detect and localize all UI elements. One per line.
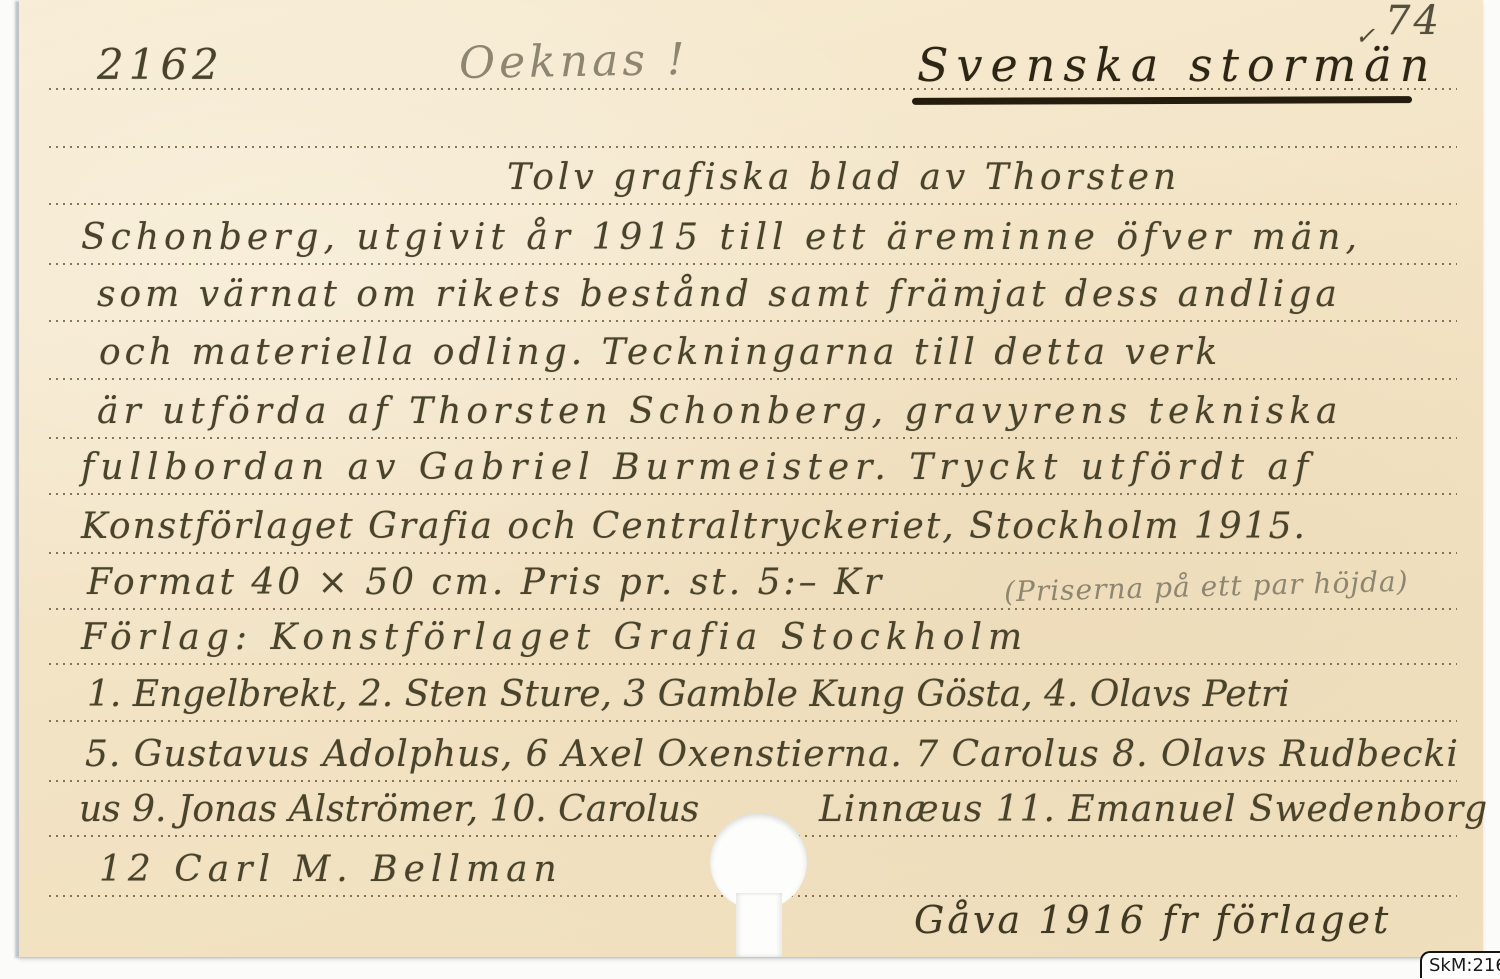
body-line: 1. Engelbrekt, 2. Sten Sture, 3 Gamble K… bbox=[87, 674, 1290, 715]
ruled-line bbox=[49, 320, 1457, 322]
body-line: Linnæus 11. Emanuel Swedenborg bbox=[819, 789, 1488, 830]
ruled-line bbox=[49, 437, 1457, 439]
body-line: Tolv grafiska blad av Thorsten bbox=[507, 157, 1180, 198]
page-number: 74 bbox=[1385, 0, 1442, 44]
ruled-line bbox=[49, 203, 1457, 205]
ruled-line bbox=[49, 263, 1457, 265]
body-line: som värnat om rikets bestånd samt främja… bbox=[97, 274, 1341, 315]
provenance-note: Gåva 1916 fr förlaget bbox=[914, 898, 1391, 942]
pencil-annotation: Oeknas ! bbox=[459, 34, 689, 89]
body-line: us 9. Jonas Alströmer, 10. Carolus bbox=[79, 789, 699, 830]
ruled-line bbox=[49, 552, 1457, 554]
museum-label: SkM:2162 bbox=[1420, 951, 1500, 978]
body-line: Schonberg, utgivit år 1915 till ett ärem… bbox=[81, 217, 1362, 258]
body-line: fullbordan av Gabriel Burmeister. Tryckt… bbox=[81, 447, 1314, 488]
body-line: och materiella odling. Teckningarna till… bbox=[99, 332, 1221, 373]
body-line: 12 Carl M. Bellman bbox=[99, 849, 563, 890]
ruled-line bbox=[49, 378, 1457, 380]
body-line: Konstförlaget Grafia och Centraltryckeri… bbox=[81, 506, 1307, 547]
title-underline bbox=[912, 96, 1412, 105]
ruled-line bbox=[49, 608, 1457, 610]
check-mark-icon: ✓ bbox=[1355, 22, 1378, 50]
scanned-page: 2162 Oeknas ! Svenska stormän 74 ✓ Tolv … bbox=[0, 0, 1500, 979]
catalog-number: 2162 bbox=[97, 40, 224, 89]
ruled-line bbox=[49, 780, 1457, 782]
ruled-line bbox=[49, 146, 1457, 148]
ruled-line bbox=[49, 493, 1457, 495]
body-line: 5. Gustavus Adolphus, 6 Axel Oxenstierna… bbox=[85, 734, 1459, 775]
ruled-line bbox=[49, 720, 1457, 722]
body-line: Format 40 × 50 cm. Pris pr. st. 5:– Kr bbox=[87, 562, 884, 603]
price-pencil-note: (Priserna på ett par höjda) bbox=[1004, 565, 1409, 609]
body-line: är utförda af Thorsten Schonberg, gravyr… bbox=[97, 391, 1343, 432]
archive-card: 2162 Oeknas ! Svenska stormän 74 ✓ Tolv … bbox=[19, 0, 1483, 957]
punch-hole-slot bbox=[736, 893, 782, 957]
body-line: Förlag: Konstförlaget Grafia Stockholm bbox=[81, 617, 1028, 658]
ruled-line bbox=[49, 663, 1457, 665]
